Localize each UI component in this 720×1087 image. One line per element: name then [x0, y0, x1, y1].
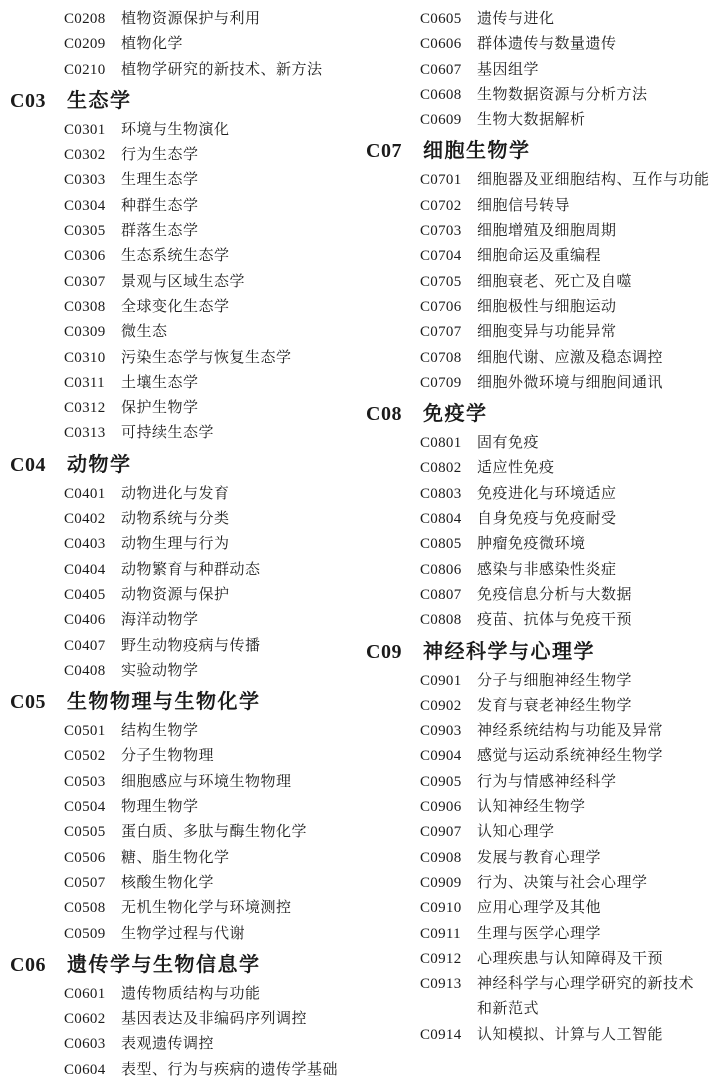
item-label: 全球变化生态学	[121, 295, 356, 320]
list-item: C0805肿瘤免疫微环境	[356, 532, 720, 557]
section-code: C05	[10, 687, 67, 717]
item-label: 感染与非感染性炎症	[477, 558, 720, 583]
item-code: C0606	[420, 32, 477, 57]
list-item: C0904感觉与运动系统神经生物学	[356, 744, 720, 769]
item-code: C0305	[64, 219, 121, 244]
item-label: 核酸生物化学	[121, 871, 356, 896]
section-header: C06遗传学与生物信息学	[0, 950, 356, 980]
item-label: 神经科学与心理学研究的新技术 和新范式	[477, 972, 720, 1023]
item-label: 发育与衰老神经生物学	[477, 694, 720, 719]
item-code: C0801	[420, 431, 477, 456]
left-column: C0208植物资源保护与利用C0209植物化学C0210植物学研究的新技术、新方…	[0, 7, 356, 1083]
item-label: 生理生态学	[121, 168, 356, 193]
item-label: 生理与医学心理学	[477, 922, 720, 947]
item-label: 生物大数据解析	[477, 108, 720, 133]
item-code: C0912	[420, 947, 477, 972]
item-code: C0609	[420, 108, 477, 133]
discipline-code-page: C0208植物资源保护与利用C0209植物化学C0210植物学研究的新技术、新方…	[0, 0, 720, 1083]
list-item: C0403动物生理与行为	[0, 532, 356, 557]
item-label: 细胞极性与细胞运动	[477, 295, 720, 320]
list-item: C0707细胞变异与功能异常	[356, 320, 720, 345]
list-item: C0602基因表达及非编码序列调控	[0, 1007, 356, 1032]
item-code: C0701	[420, 168, 477, 193]
list-item: C0313可持续生态学	[0, 421, 356, 446]
item-code: C0904	[420, 744, 477, 769]
item-code: C0707	[420, 320, 477, 345]
list-item: C0312保护生物学	[0, 396, 356, 421]
list-item: C0401动物进化与发育	[0, 482, 356, 507]
item-label: 细胞外微环境与细胞间通讯	[477, 371, 720, 396]
item-label: 基因表达及非编码序列调控	[121, 1007, 356, 1032]
item-code: C0911	[420, 922, 477, 947]
item-label: 行为与情感神经科学	[477, 770, 720, 795]
list-item: C0210植物学研究的新技术、新方法	[0, 58, 356, 83]
item-code: C0502	[64, 744, 121, 769]
item-label: 群落生态学	[121, 219, 356, 244]
item-label: 分子生物物理	[121, 744, 356, 769]
list-item: C0703细胞增殖及细胞周期	[356, 219, 720, 244]
section-title: 细胞生物学	[423, 136, 531, 166]
item-code: C0708	[420, 346, 477, 371]
item-code: C0903	[420, 719, 477, 744]
item-code: C0309	[64, 320, 121, 345]
item-code: C0210	[64, 58, 121, 83]
list-item: C0806感染与非感染性炎症	[356, 558, 720, 583]
list-item: C0503细胞感应与环境生物物理	[0, 770, 356, 795]
item-code: C0608	[420, 83, 477, 108]
list-item: C0903神经系统结构与功能及异常	[356, 719, 720, 744]
item-label: 动物进化与发育	[121, 482, 356, 507]
section-code: C08	[366, 399, 423, 429]
list-item: C0802适应性免疫	[356, 456, 720, 481]
section-header: C07细胞生物学	[356, 136, 720, 166]
item-code: C0803	[420, 482, 477, 507]
item-code: C0308	[64, 295, 121, 320]
list-item: C0304种群生态学	[0, 194, 356, 219]
item-code: C0901	[420, 669, 477, 694]
list-item: C0505蛋白质、多肽与酶生物化学	[0, 820, 356, 845]
item-label: 细胞信号转导	[477, 194, 720, 219]
item-label: 蛋白质、多肽与酶生物化学	[121, 820, 356, 845]
item-label: 景观与区域生态学	[121, 270, 356, 295]
list-item: C0209植物化学	[0, 32, 356, 57]
item-code: C0405	[64, 583, 121, 608]
list-item: C0308全球变化生态学	[0, 295, 356, 320]
item-code: C0902	[420, 694, 477, 719]
item-code: C0406	[64, 608, 121, 633]
list-item: C0504物理生物学	[0, 795, 356, 820]
item-label: 动物生理与行为	[121, 532, 356, 557]
section-code: C04	[10, 450, 67, 480]
list-item: C0702细胞信号转导	[356, 194, 720, 219]
list-item: C0912心理疾患与认知障碍及干预	[356, 947, 720, 972]
section-header: C03生态学	[0, 86, 356, 116]
item-code: C0605	[420, 7, 477, 32]
item-label: 应用心理学及其他	[477, 896, 720, 921]
item-label: 动物繁育与种群动态	[121, 558, 356, 583]
item-code: C0602	[64, 1007, 121, 1032]
item-label: 感觉与运动系统神经生物学	[477, 744, 720, 769]
item-code: C0402	[64, 507, 121, 532]
list-item: C0402动物系统与分类	[0, 507, 356, 532]
item-label: 植物化学	[121, 32, 356, 57]
item-code: C0404	[64, 558, 121, 583]
section-code: C06	[10, 950, 67, 980]
item-label: 行为生态学	[121, 143, 356, 168]
item-code: C0504	[64, 795, 121, 820]
item-code: C0407	[64, 634, 121, 659]
item-code: C0909	[420, 871, 477, 896]
list-item: C0405动物资源与保护	[0, 583, 356, 608]
item-label: 遗传物质结构与功能	[121, 982, 356, 1007]
item-code: C0914	[420, 1023, 477, 1048]
item-code: C0705	[420, 270, 477, 295]
item-label: 认知模拟、计算与人工智能	[477, 1023, 720, 1048]
list-item: C0407野生动物疫病与传播	[0, 634, 356, 659]
item-label: 细胞变异与功能异常	[477, 320, 720, 345]
item-code: C0209	[64, 32, 121, 57]
section-title: 动物学	[67, 450, 132, 480]
item-code: C0804	[420, 507, 477, 532]
list-item: C0605遗传与进化	[356, 7, 720, 32]
item-code: C0312	[64, 396, 121, 421]
item-label: 神经系统结构与功能及异常	[477, 719, 720, 744]
list-item: C0604表型、行为与疾病的遗传学基础	[0, 1058, 356, 1083]
section-header: C04动物学	[0, 450, 356, 480]
item-label: 种群生态学	[121, 194, 356, 219]
section-title: 遗传学与生物信息学	[67, 950, 261, 980]
item-label: 群体遗传与数量遗传	[477, 32, 720, 57]
item-label: 细胞代谢、应激及稳态调控	[477, 346, 720, 371]
list-item: C0914认知模拟、计算与人工智能	[356, 1023, 720, 1048]
item-label: 生物数据资源与分析方法	[477, 83, 720, 108]
list-item: C0808疫苗、抗体与免疫干预	[356, 608, 720, 633]
section: C07细胞生物学C0701细胞器及亚细胞结构、互作与功能C0702细胞信号转导C…	[356, 136, 720, 396]
list-item: C0803免疫进化与环境适应	[356, 482, 720, 507]
section-code: C03	[10, 86, 67, 116]
item-label: 遗传与进化	[477, 7, 720, 32]
section-title: 神经科学与心理学	[423, 637, 595, 667]
item-label: 植物资源保护与利用	[121, 7, 356, 32]
list-item: C0701细胞器及亚细胞结构、互作与功能	[356, 168, 720, 193]
item-code: C0507	[64, 871, 121, 896]
list-item: C0301环境与生物演化	[0, 118, 356, 143]
section: C06遗传学与生物信息学C0601遗传物质结构与功能C0602基因表达及非编码序…	[0, 950, 356, 1083]
section: C05生物物理与生物化学C0501结构生物学C0502分子生物物理C0503细胞…	[0, 687, 356, 947]
item-label: 细胞感应与环境生物物理	[121, 770, 356, 795]
list-item: C0302行为生态学	[0, 143, 356, 168]
list-item: C0705细胞衰老、死亡及自噬	[356, 270, 720, 295]
item-label: 野生动物疫病与传播	[121, 634, 356, 659]
list-item: C0706细胞极性与细胞运动	[356, 295, 720, 320]
item-code: C0302	[64, 143, 121, 168]
item-code: C0304	[64, 194, 121, 219]
item-code: C0509	[64, 922, 121, 947]
item-label: 细胞衰老、死亡及自噬	[477, 270, 720, 295]
item-code: C0703	[420, 219, 477, 244]
item-label: 物理生物学	[121, 795, 356, 820]
list-item: C0609生物大数据解析	[356, 108, 720, 133]
item-label: 无机生物化学与环境测控	[121, 896, 356, 921]
item-code: C0310	[64, 346, 121, 371]
list-item: C0303生理生态学	[0, 168, 356, 193]
list-item: C0601遗传物质结构与功能	[0, 982, 356, 1007]
list-item: C0208植物资源保护与利用	[0, 7, 356, 32]
list-item: C0909行为、决策与社会心理学	[356, 871, 720, 896]
item-code: C0807	[420, 583, 477, 608]
section: C0605遗传与进化C0606群体遗传与数量遗传C0607基因组学C0608生物…	[356, 7, 720, 133]
item-label: 表观遗传调控	[121, 1032, 356, 1057]
item-label: 生物学过程与代谢	[121, 922, 356, 947]
list-item: C0908发展与教育心理学	[356, 846, 720, 871]
item-label: 微生态	[121, 320, 356, 345]
section-code: C09	[366, 637, 423, 667]
list-item: C0807免疫信息分析与大数据	[356, 583, 720, 608]
item-code: C0607	[420, 58, 477, 83]
item-label: 免疫进化与环境适应	[477, 482, 720, 507]
item-label: 污染生态学与恢复生态学	[121, 346, 356, 371]
item-code: C0910	[420, 896, 477, 921]
item-label: 动物系统与分类	[121, 507, 356, 532]
item-code: C0906	[420, 795, 477, 820]
section-code: C07	[366, 136, 423, 166]
list-item: C0911生理与医学心理学	[356, 922, 720, 947]
item-code: C0805	[420, 532, 477, 557]
list-item: C0704细胞命运及重编程	[356, 244, 720, 269]
item-code: C0802	[420, 456, 477, 481]
section-header: C08免疫学	[356, 399, 720, 429]
item-code: C0403	[64, 532, 121, 557]
item-label: 实验动物学	[121, 659, 356, 684]
item-label: 适应性免疫	[477, 456, 720, 481]
list-item: C0307景观与区域生态学	[0, 270, 356, 295]
list-item: C0506糖、脂生物化学	[0, 846, 356, 871]
list-item: C0907认知心理学	[356, 820, 720, 845]
item-code: C0501	[64, 719, 121, 744]
item-label: 疫苗、抗体与免疫干预	[477, 608, 720, 633]
item-label: 自身免疫与免疫耐受	[477, 507, 720, 532]
item-code: C0604	[64, 1058, 121, 1083]
list-item: C0507核酸生物化学	[0, 871, 356, 896]
list-item: C0310污染生态学与恢复生态学	[0, 346, 356, 371]
item-code: C0603	[64, 1032, 121, 1057]
item-code: C0505	[64, 820, 121, 845]
item-label: 肿瘤免疫微环境	[477, 532, 720, 557]
list-item: C0902发育与衰老神经生物学	[356, 694, 720, 719]
list-item: C0801固有免疫	[356, 431, 720, 456]
item-label: 结构生物学	[121, 719, 356, 744]
list-item: C0508无机生物化学与环境测控	[0, 896, 356, 921]
section-header: C09神经科学与心理学	[356, 637, 720, 667]
item-code: C0307	[64, 270, 121, 295]
list-item: C0608生物数据资源与分析方法	[356, 83, 720, 108]
item-label: 生态系统生态学	[121, 244, 356, 269]
section-title: 生态学	[67, 86, 132, 116]
item-label: 分子与细胞神经生物学	[477, 669, 720, 694]
section: C09神经科学与心理学C0901分子与细胞神经生物学C0902发育与衰老神经生物…	[356, 637, 720, 1048]
item-code: C0702	[420, 194, 477, 219]
item-code: C0306	[64, 244, 121, 269]
item-code: C0503	[64, 770, 121, 795]
item-code: C0905	[420, 770, 477, 795]
item-code: C0401	[64, 482, 121, 507]
list-item: C0406海洋动物学	[0, 608, 356, 633]
item-code: C0311	[64, 371, 121, 396]
item-label: 免疫信息分析与大数据	[477, 583, 720, 608]
item-label: 行为、决策与社会心理学	[477, 871, 720, 896]
list-item: C0906认知神经生物学	[356, 795, 720, 820]
list-item: C0404动物繁育与种群动态	[0, 558, 356, 583]
item-label: 动物资源与保护	[121, 583, 356, 608]
item-code: C0706	[420, 295, 477, 320]
item-code: C0709	[420, 371, 477, 396]
item-label: 表型、行为与疾病的遗传学基础	[121, 1058, 356, 1083]
item-label: 土壤生态学	[121, 371, 356, 396]
item-code: C0808	[420, 608, 477, 633]
item-code: C0913	[420, 972, 477, 997]
list-item: C0408实验动物学	[0, 659, 356, 684]
list-item: C0709细胞外微环境与细胞间通讯	[356, 371, 720, 396]
item-label: 糖、脂生物化学	[121, 846, 356, 871]
list-item: C0305群落生态学	[0, 219, 356, 244]
item-code: C0303	[64, 168, 121, 193]
list-item: C0603表观遗传调控	[0, 1032, 356, 1057]
item-label: 细胞器及亚细胞结构、互作与功能	[477, 168, 720, 193]
section: C0208植物资源保护与利用C0209植物化学C0210植物学研究的新技术、新方…	[0, 7, 356, 83]
list-item: C0606群体遗传与数量遗传	[356, 32, 720, 57]
item-code: C0601	[64, 982, 121, 1007]
section-header: C05生物物理与生物化学	[0, 687, 356, 717]
list-item: C0509生物学过程与代谢	[0, 922, 356, 947]
item-label: 环境与生物演化	[121, 118, 356, 143]
item-label: 认知神经生物学	[477, 795, 720, 820]
item-code: C0313	[64, 421, 121, 446]
section-title: 生物物理与生物化学	[67, 687, 261, 717]
item-code: C0704	[420, 244, 477, 269]
section-title: 免疫学	[423, 399, 488, 429]
list-item: C0607基因组学	[356, 58, 720, 83]
item-code: C0907	[420, 820, 477, 845]
item-code: C0208	[64, 7, 121, 32]
list-item: C0905行为与情感神经科学	[356, 770, 720, 795]
item-label: 保护生物学	[121, 396, 356, 421]
item-label: 植物学研究的新技术、新方法	[121, 58, 356, 83]
section: C08免疫学C0801固有免疫C0802适应性免疫C0803免疫进化与环境适应C…	[356, 399, 720, 633]
section: C04动物学C0401动物进化与发育C0402动物系统与分类C0403动物生理与…	[0, 450, 356, 684]
section: C03生态学C0301环境与生物演化C0302行为生态学C0303生理生态学C0…	[0, 86, 356, 447]
list-item: C0910应用心理学及其他	[356, 896, 720, 921]
list-item: C0804自身免疫与免疫耐受	[356, 507, 720, 532]
right-column: C0605遗传与进化C0606群体遗传与数量遗传C0607基因组学C0608生物…	[356, 7, 720, 1083]
item-label: 基因组学	[477, 58, 720, 83]
list-item: C0901分子与细胞神经生物学	[356, 669, 720, 694]
list-item: C0309微生态	[0, 320, 356, 345]
item-label: 心理疾患与认知障碍及干预	[477, 947, 720, 972]
list-item: C0502分子生物物理	[0, 744, 356, 769]
item-label: 海洋动物学	[121, 608, 356, 633]
item-label: 固有免疫	[477, 431, 720, 456]
list-item: C0913神经科学与心理学研究的新技术 和新范式	[356, 972, 720, 1023]
item-label: 可持续生态学	[121, 421, 356, 446]
list-item: C0708细胞代谢、应激及稳态调控	[356, 346, 720, 371]
item-label: 细胞命运及重编程	[477, 244, 720, 269]
item-label: 细胞增殖及细胞周期	[477, 219, 720, 244]
item-code: C0508	[64, 896, 121, 921]
list-item: C0311土壤生态学	[0, 371, 356, 396]
item-code: C0301	[64, 118, 121, 143]
item-code: C0806	[420, 558, 477, 583]
list-item: C0306生态系统生态学	[0, 244, 356, 269]
item-code: C0506	[64, 846, 121, 871]
item-label: 认知心理学	[477, 820, 720, 845]
list-item: C0501结构生物学	[0, 719, 356, 744]
item-label: 发展与教育心理学	[477, 846, 720, 871]
item-code: C0908	[420, 846, 477, 871]
item-code: C0408	[64, 659, 121, 684]
